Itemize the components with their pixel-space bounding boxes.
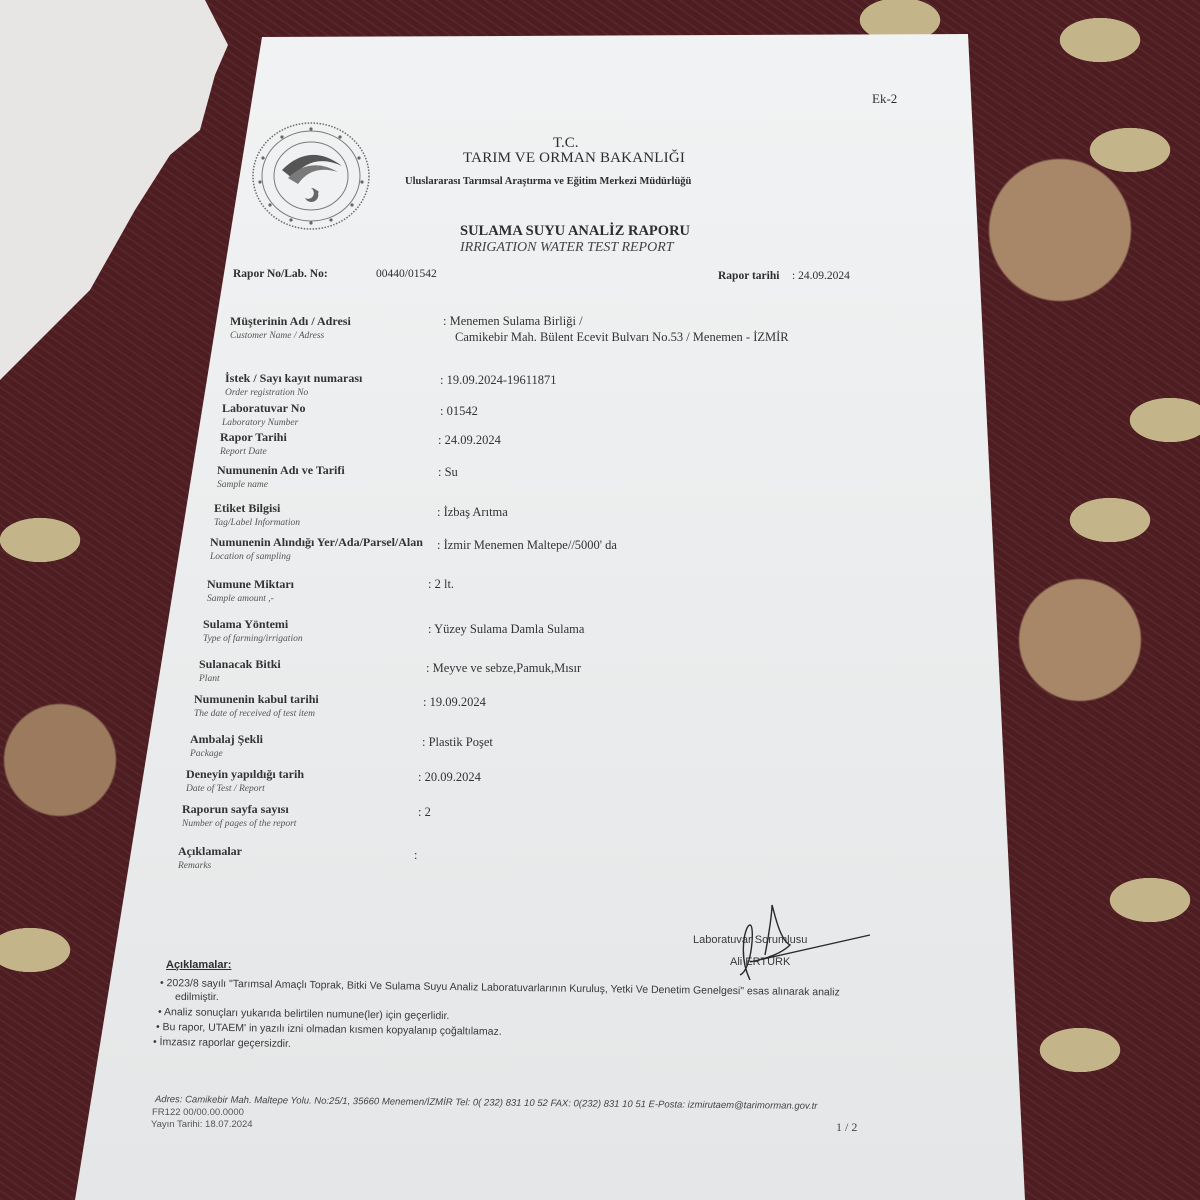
page-number: 1 / 2 bbox=[836, 1120, 857, 1135]
field-label: Numunenin Alındığı Yer/Ada/Parsel/AlanLo… bbox=[210, 533, 423, 562]
field-sublabel: Number of pages of the report bbox=[182, 819, 296, 829]
signature-scribble-icon bbox=[720, 900, 880, 985]
field-sublabel: Sample amount ,- bbox=[207, 594, 294, 604]
field-label: Numunenin Adı ve TarifiSample name bbox=[217, 461, 345, 490]
annex-label: Ek-2 bbox=[872, 91, 897, 107]
report-date-text: 24.09.2024 bbox=[798, 270, 850, 282]
notes-heading: Açıklamalar: bbox=[166, 959, 231, 971]
field-label: Etiket BilgisiTag/Label Information bbox=[214, 499, 300, 528]
field-value: : 2 bbox=[418, 805, 431, 820]
ministry-name: TARIM VE ORMAN BAKANLIĞI bbox=[463, 150, 685, 167]
field-value: : 19.09.2024 bbox=[423, 695, 486, 710]
report-no-label: Rapor No/Lab. No: bbox=[233, 268, 328, 280]
field-value: : 20.09.2024 bbox=[418, 770, 481, 785]
field-sublabel: Laboratory Number bbox=[222, 418, 305, 428]
field-label-text: Sulama Yöntemi bbox=[203, 617, 288, 631]
field-label: Rapor TarihiReport Date bbox=[220, 428, 287, 457]
field-value: : Yüzey Sulama Damla Sulama bbox=[428, 622, 584, 637]
publish-date: Yayın Tarihi: 18.07.2024 bbox=[151, 1119, 253, 1130]
field-label-text: Ambalaj Şekli bbox=[190, 732, 263, 746]
field-label-text: Numunenin Adı ve Tarifi bbox=[217, 463, 345, 477]
report-title-en: IRRIGATION WATER TEST REPORT bbox=[460, 240, 674, 256]
field-label-text: Deneyin yapıldığı tarih bbox=[186, 767, 304, 781]
field-label: Numune MiktarıSample amount ,- bbox=[207, 575, 294, 604]
report-title: SULAMA SUYU ANALİZ RAPORU bbox=[460, 223, 690, 240]
field-value-line2: Camikebir Mah. Bülent Ecevit Bulvarı No.… bbox=[455, 330, 789, 345]
field-label-text: Müşterinin Adı / Adresi bbox=[230, 314, 351, 328]
field-sublabel: Customer Name / Adress bbox=[230, 331, 351, 341]
field-sublabel: The date of received of test item bbox=[194, 709, 319, 719]
form-code: FR122 00/00.00.0000 bbox=[152, 1107, 244, 1118]
field-value: : Su bbox=[438, 465, 458, 480]
field-sublabel: Plant bbox=[199, 674, 281, 684]
field-value: : 2 lt. bbox=[428, 577, 454, 592]
report-date-label: Rapor tarihi bbox=[718, 270, 779, 282]
field-label-text: Açıklamalar bbox=[178, 844, 242, 858]
field-value: : Menemen Sulama Birliği / bbox=[443, 314, 583, 329]
field-label: Deneyin yapıldığı tarihDate of Test / Re… bbox=[186, 765, 304, 794]
field-label-text: Sulanacak Bitki bbox=[199, 657, 281, 671]
directorate-name: Uluslararası Tarımsal Araştırma ve Eğiti… bbox=[405, 176, 691, 187]
note-item: • İmzasız raporlar geçersizdir. bbox=[153, 1036, 291, 1050]
field-sublabel: Package bbox=[190, 749, 263, 759]
report-date-value: : 24.09.2024 bbox=[792, 270, 850, 282]
field-label: Raporun sayfa sayısıNumber of pages of t… bbox=[182, 800, 296, 829]
field-label: Numunenin kabul tarihiThe date of receiv… bbox=[194, 690, 319, 719]
field-label: Ambalaj ŞekliPackage bbox=[190, 730, 263, 759]
field-label: Sulanacak BitkiPlant bbox=[199, 655, 281, 684]
field-sublabel: Location of sampling bbox=[210, 552, 423, 562]
field-sublabel: Sample name bbox=[217, 480, 345, 490]
field-label-text: Etiket Bilgisi bbox=[214, 501, 280, 515]
field-label-text: Numune Miktarı bbox=[207, 577, 294, 591]
field-sublabel: Tag/Label Information bbox=[214, 518, 300, 528]
field-label-text: Laboratuvar No bbox=[222, 401, 305, 415]
field-label: İstek / Sayı kayıt numarasıOrder registr… bbox=[225, 369, 362, 398]
field-label-text: Numunenin Alındığı Yer/Ada/Parsel/Alan bbox=[210, 535, 423, 549]
field-value: : Plastik Poşet bbox=[422, 735, 493, 750]
field-label-text: Numunenin kabul tarihi bbox=[194, 692, 319, 706]
field-value: : bbox=[414, 848, 417, 863]
field-label-text: Raporun sayfa sayısı bbox=[182, 802, 289, 816]
field-value: : 01542 bbox=[440, 404, 478, 419]
field-value: : İzmir Menemen Maltepe//5000' da bbox=[437, 538, 617, 553]
field-value: : 19.09.2024-19611871 bbox=[440, 373, 557, 388]
ministry-seal-icon bbox=[250, 120, 372, 232]
field-sublabel: Order registration No bbox=[225, 388, 362, 398]
field-sublabel: Type of farming/irrigation bbox=[203, 634, 303, 644]
field-label: Müşterinin Adı / AdresiCustomer Name / A… bbox=[230, 312, 351, 341]
field-label: Sulama YöntemiType of farming/irrigation bbox=[203, 615, 303, 644]
field-label: AçıklamalarRemarks bbox=[178, 842, 242, 871]
field-label: Laboratuvar NoLaboratory Number bbox=[222, 399, 305, 428]
note-item-continuation: edilmiştir. bbox=[175, 991, 219, 1003]
field-value: : Meyve ve sebze,Pamuk,Mısır bbox=[426, 661, 581, 676]
report-no-value: 00440/01542 bbox=[376, 268, 437, 280]
field-value: : İzbaş Arıtma bbox=[437, 505, 508, 520]
field-sublabel: Remarks bbox=[178, 861, 242, 871]
field-value: : 24.09.2024 bbox=[438, 433, 501, 448]
field-label-text: İstek / Sayı kayıt numarası bbox=[225, 371, 362, 385]
field-sublabel: Date of Test / Report bbox=[186, 784, 304, 794]
field-label-text: Rapor Tarihi bbox=[220, 430, 287, 444]
field-sublabel: Report Date bbox=[220, 447, 287, 457]
